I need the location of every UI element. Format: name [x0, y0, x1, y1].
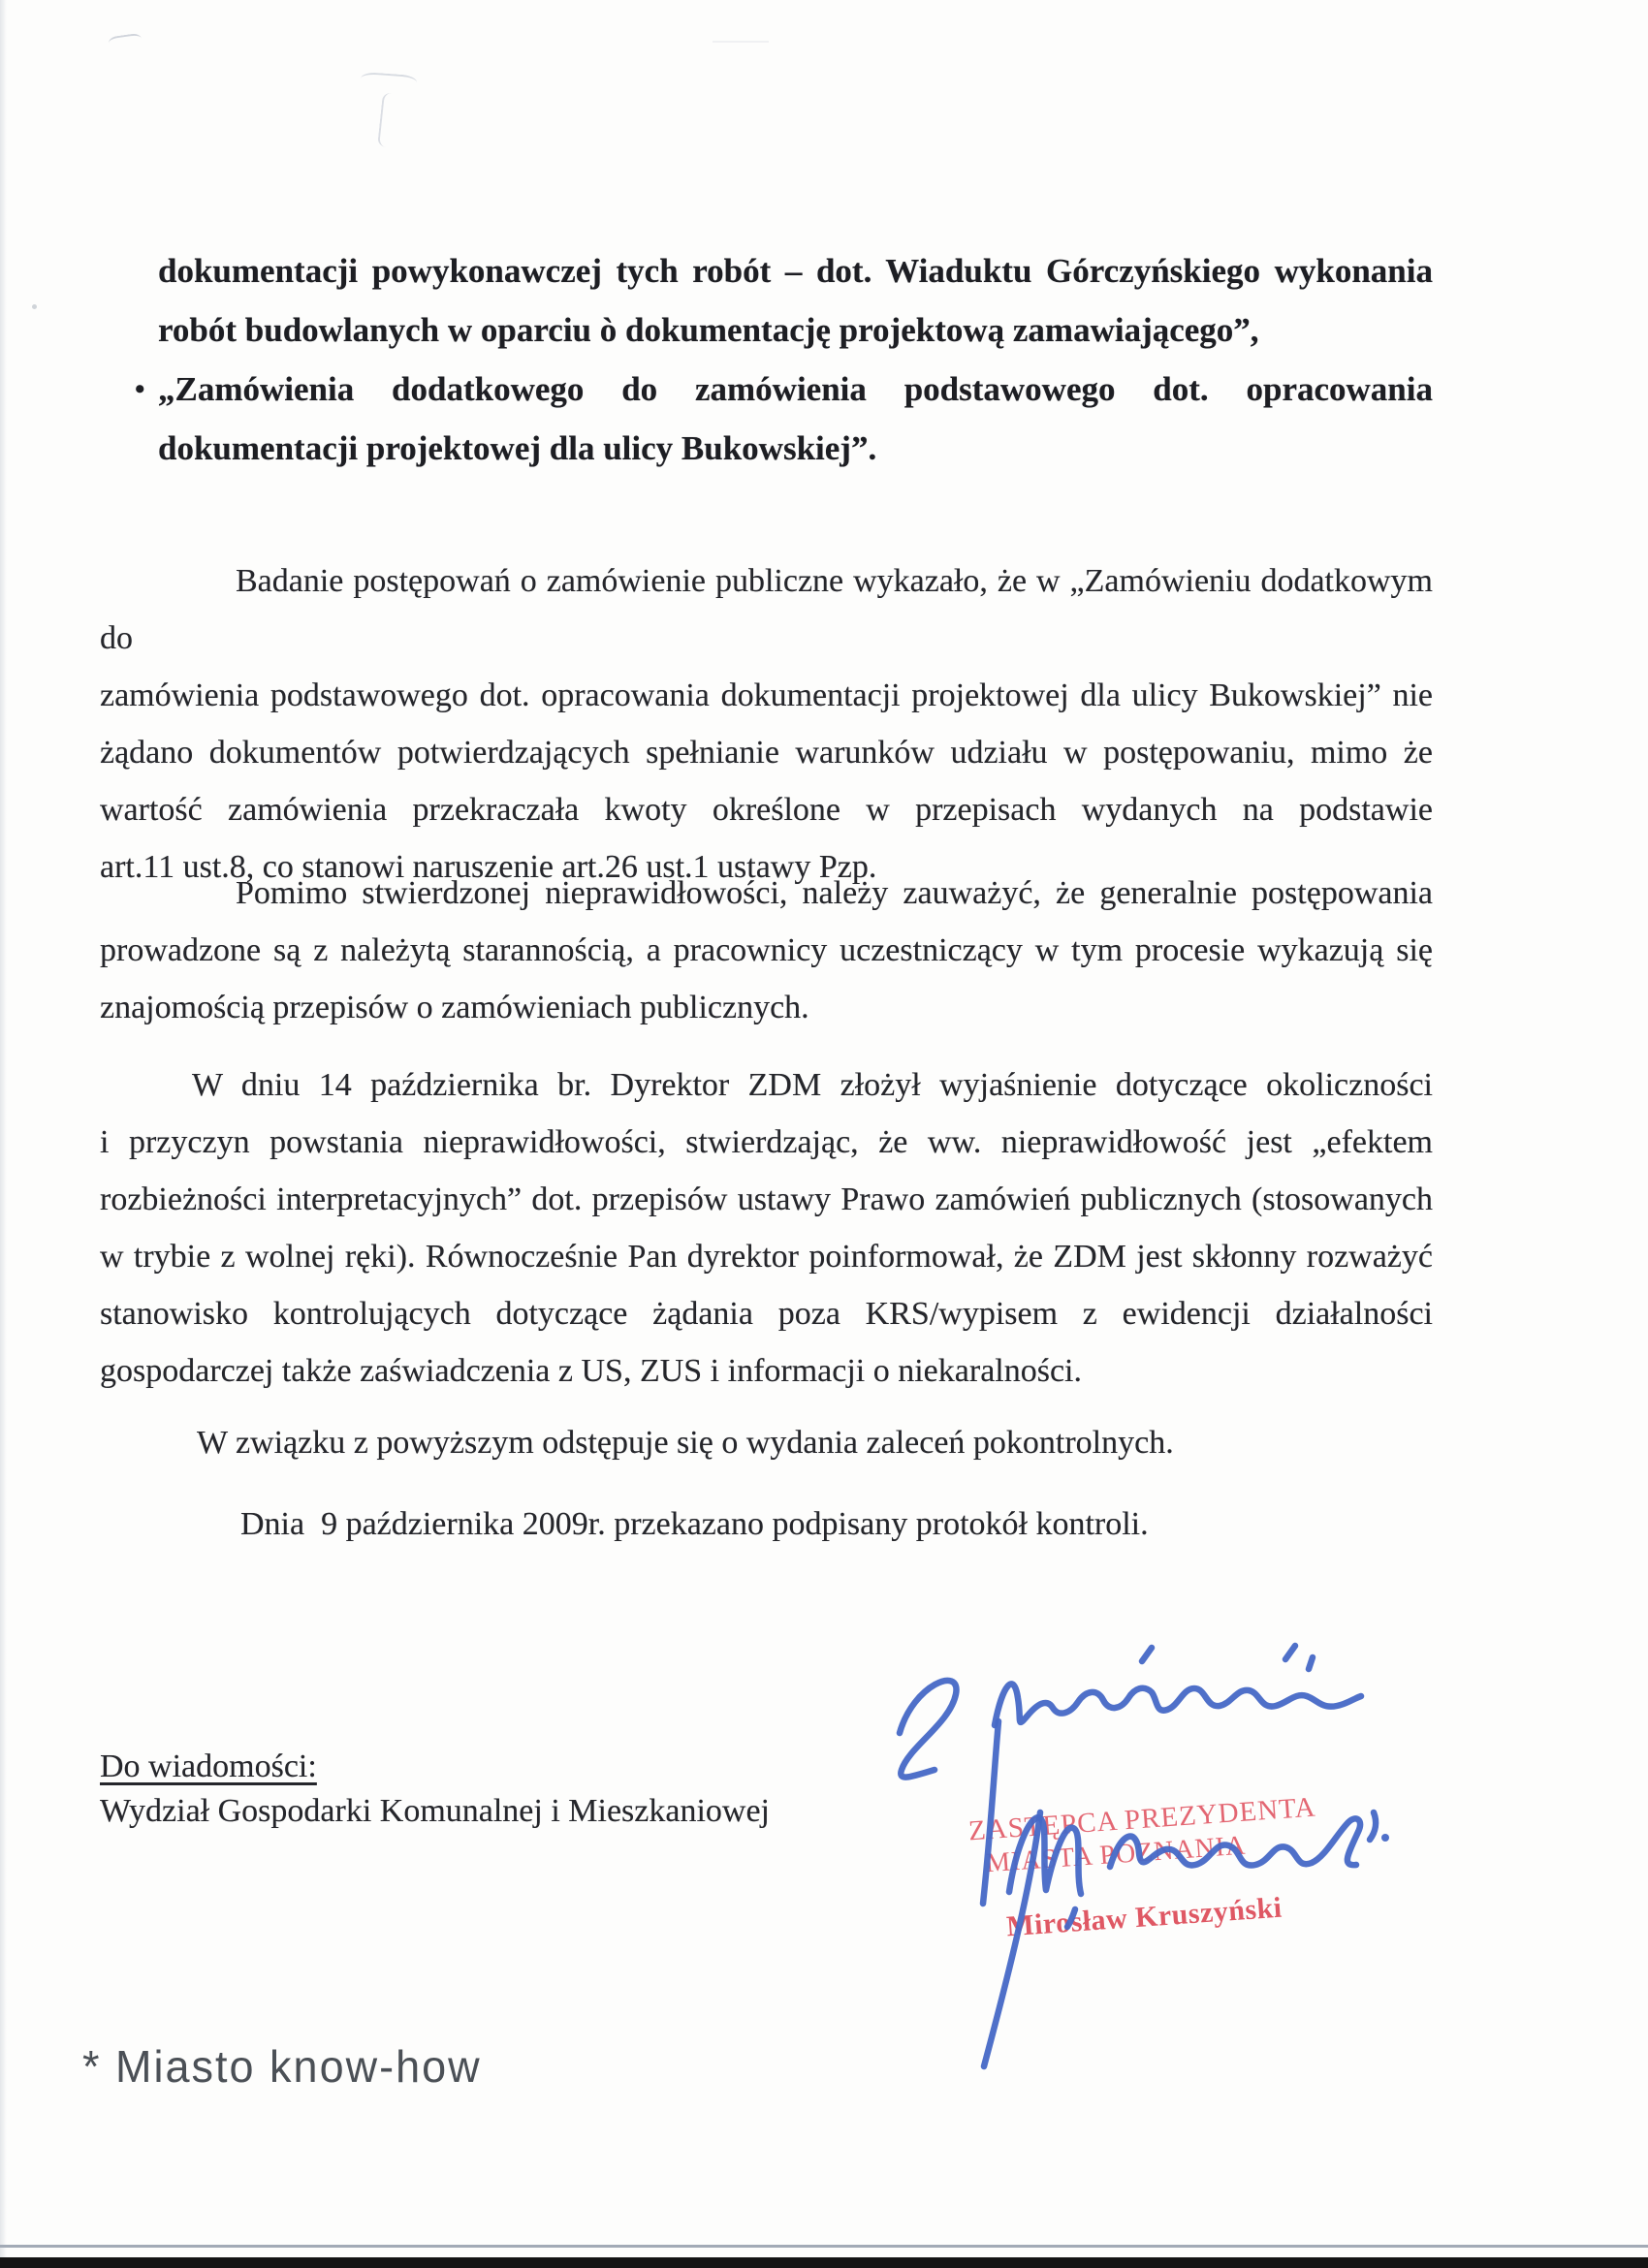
- handwritten-signature: [926, 1774, 1401, 2084]
- text-line: robót budowlanych w oparciu ò dokumentac…: [158, 300, 1433, 360]
- text-line: i przyczyn powstania nieprawidłowości, s…: [100, 1114, 1433, 1171]
- scan-smudge: [377, 92, 400, 148]
- text-line: stanowisko kontrolujących dotyczące żąda…: [100, 1285, 1433, 1342]
- miasto-know-how-logo: * Miasto know-how: [82, 2041, 482, 2094]
- text-line: Pomimo stwierdzonej nieprawidłowości, na…: [100, 865, 1433, 922]
- text-line: prowadzone są z należytą starannością, a…: [100, 922, 1433, 979]
- distribution-heading: Do wiadomości:: [100, 1745, 770, 1789]
- text-line: wartość zamówienia przekraczała kwoty ok…: [100, 781, 1433, 838]
- paragraph-findings: Badanie postępowań o zamówienie publiczn…: [100, 552, 1433, 896]
- scan-smudge: [32, 304, 37, 309]
- scanned-letter-page: dokumentacji powykonawczej tych robót – …: [0, 0, 1648, 2268]
- bullet-list: dokumentacji powykonawczej tych robót – …: [158, 241, 1433, 478]
- text-line: zamówienia podstawowego dot. opracowania…: [100, 667, 1433, 724]
- scan-edge-strip: [0, 0, 7, 2268]
- text-line: żądano dokumentów potwierdzających spełn…: [100, 724, 1433, 781]
- paragraph-no-recommendations: W związku z powyższym odstępuje się o wy…: [100, 1414, 1433, 1471]
- text-line: dokumentacji projektowej dla ulicy Bukow…: [158, 419, 1433, 478]
- text-line: W dniu 14 października br. Dyrektor ZDM …: [100, 1056, 1433, 1114]
- text-line: W związku z powyższym odstępuje się o wy…: [100, 1414, 1433, 1471]
- text-line: dokumentacji powykonawczej tych robót – …: [158, 241, 1433, 300]
- bullet-item-continuation: dokumentacji powykonawczej tych robót – …: [158, 241, 1433, 360]
- text-line: gospodarczej także zaświadczenia z US, Z…: [100, 1342, 1433, 1400]
- paragraph-director-explanation: W dniu 14 października br. Dyrektor ZDM …: [100, 1056, 1433, 1400]
- scan-bottom-band: [0, 2257, 1648, 2268]
- text-line: Badanie postępowań o zamówienie publiczn…: [100, 552, 1433, 667]
- distribution-block: Do wiadomości: Wydział Gospodarki Komuna…: [100, 1745, 770, 1834]
- bullet-marker: •: [135, 360, 145, 419]
- scan-smudge: [361, 72, 418, 89]
- paragraph-protocol-handover: Dnia 9 października 2009r. przekazano po…: [100, 1496, 1433, 1553]
- scan-hairline: [0, 2245, 1648, 2248]
- paragraph-assessment: Pomimo stwierdzonej nieprawidłowości, na…: [100, 865, 1433, 1036]
- distribution-recipient: Wydział Gospodarki Komunalnej i Mieszkan…: [100, 1789, 770, 1834]
- text-line: znajomością przepisów o zamówieniach pub…: [100, 979, 1433, 1036]
- text-line: „Zamówienia dodatkowego do zamówienia po…: [158, 360, 1433, 419]
- text-line: rozbieżności interpretacyjnych” dot. prz…: [100, 1171, 1433, 1228]
- bullet-item-text: „Zamówienia dodatkowego do zamówienia po…: [158, 360, 1433, 478]
- text-line: w trybie z wolnej ręki). Równocześnie Pa…: [100, 1228, 1433, 1285]
- text-line: Dnia 9 października 2009r. przekazano po…: [100, 1496, 1433, 1553]
- scan-smudge: [108, 33, 142, 49]
- bullet-item: • „Zamówienia dodatkowego do zamówienia …: [158, 360, 1433, 478]
- scan-smudge: [713, 41, 769, 43]
